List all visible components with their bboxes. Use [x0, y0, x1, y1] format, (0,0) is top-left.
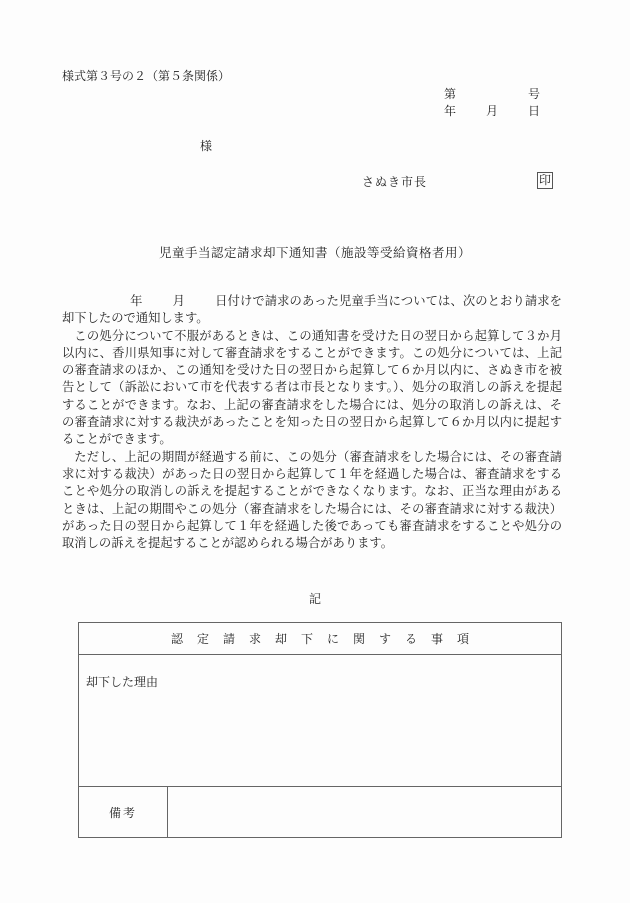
page-title: 児童手当認定請求却下通知書（施設等受給資格者用） — [0, 243, 630, 261]
document-number: 第 号 — [444, 85, 540, 102]
reason-label: 却下した理由 — [86, 675, 158, 689]
paragraph-1: 年月日付けで請求のあった児童手当については、次のとおり請求を却下したので通知しま… — [62, 293, 562, 328]
lead-year: 年 — [130, 294, 143, 308]
paragraph-2: この処分について不服があるときは、この通知書を受けた日の翌日から起算して３か月以… — [62, 328, 562, 449]
recipient: 様 — [200, 137, 212, 154]
date-year: 年 — [444, 102, 456, 119]
number-prefix: 第 — [444, 85, 456, 102]
date-day: 日 — [528, 102, 540, 119]
issuer: さぬき市長 — [362, 173, 427, 190]
number-suffix: 号 — [528, 85, 540, 102]
remarks-label: 備考 — [79, 787, 168, 838]
reason-cell: 却下した理由 — [79, 655, 562, 787]
remarks-value — [168, 787, 562, 838]
seal-icon: 印 — [537, 172, 553, 189]
lead-month: 月 — [173, 294, 186, 308]
issue-date: 年 月 日 — [444, 102, 540, 119]
notice-body: 年月日付けで請求のあった児童手当については、次のとおり請求を却下したので通知しま… — [62, 293, 562, 552]
date-month: 月 — [486, 102, 498, 119]
paragraph-3: ただし、上記の期間が経過する前に、この処分（審査請求をした場合には、その審査請求… — [62, 449, 562, 553]
ki-heading: 記 — [0, 590, 630, 607]
form-number: 様式第３号の２（第５条関係） — [62, 67, 230, 84]
table-header: 認定請求却下に関する事項 — [79, 623, 562, 655]
rejection-matters-table: 認定請求却下に関する事項 却下した理由 備考 — [78, 622, 562, 838]
